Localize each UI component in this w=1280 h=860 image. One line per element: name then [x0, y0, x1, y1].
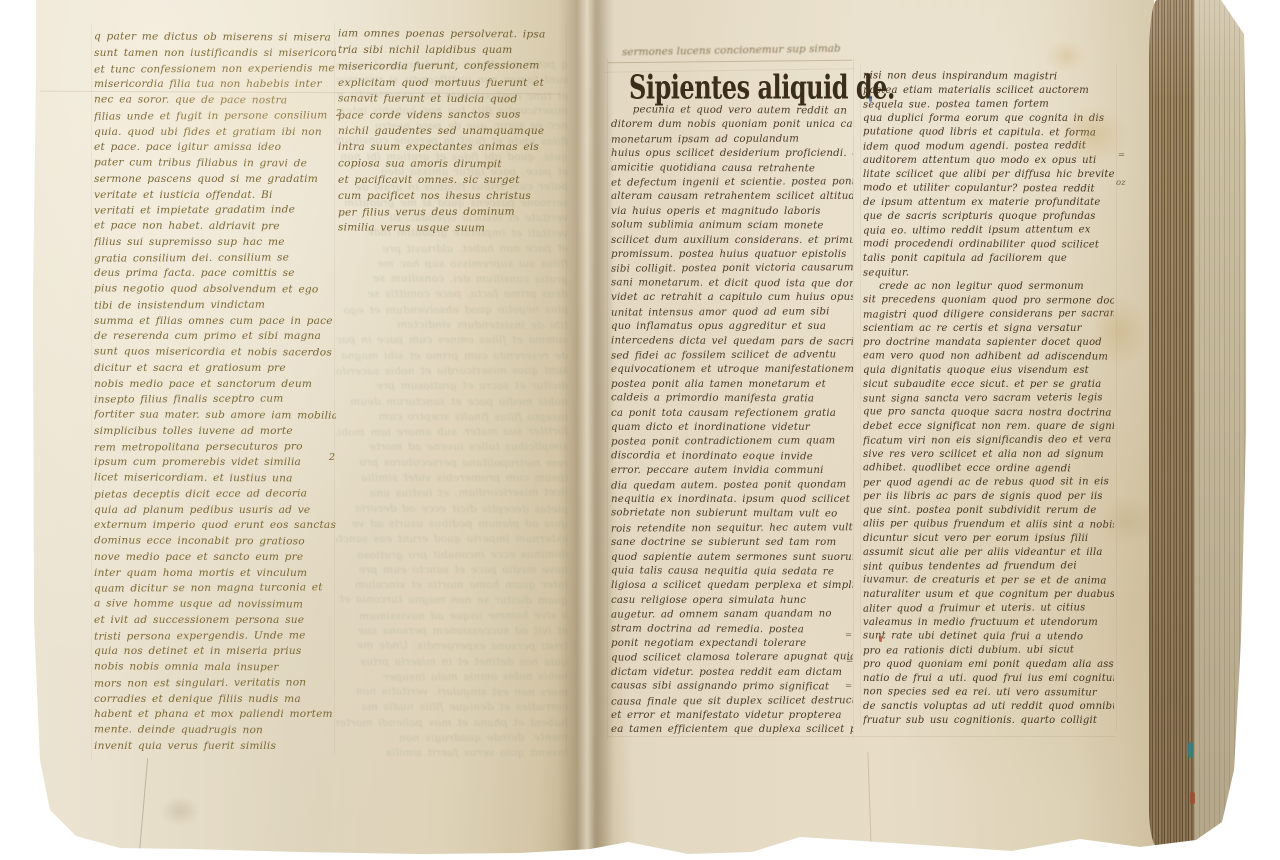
- manuscript-line: sit precedens quoniam quod pro sermone d…: [863, 293, 1114, 308]
- ribbon-marker-teal: [1188, 742, 1193, 758]
- bleed-line: simplicibus tolles iuvene ad morte: [336, 440, 568, 455]
- manuscript-line: que pro sancta quoque sacra nostra doctr…: [863, 405, 1114, 420]
- manuscript-line: ligiosa a scilicet quedam perplexa et si…: [611, 579, 853, 593]
- frame-line: [1116, 64, 1117, 730]
- manuscript-line: quia talis causa nequitia quia sedata re: [611, 564, 853, 580]
- bleed-line: nobis nobis omnia mala insuper: [336, 669, 568, 686]
- manuscript-line: pro quod quoniam emi ponit quedam alia a…: [863, 658, 1114, 672]
- bleed-line: pietas deceptis dicit ecce ad decoria: [336, 501, 568, 518]
- bleed-line: pius negotio quod absolvendum et ego: [336, 302, 568, 319]
- frame-line: [91, 24, 92, 760]
- manuscript-line: aliter quod a fruimur et uteris. ut citi…: [863, 601, 1114, 617]
- manuscript-line: quia dignitatis quoque eius visendum est: [863, 364, 1114, 378]
- manuscript-line: sobrietate non subierunt multam vult eo: [611, 507, 853, 523]
- frame-line: [607, 58, 608, 740]
- manuscript-line: nobis nobis omnia mala insuper: [94, 659, 336, 676]
- manuscript-line: quam dicitur se non magna turconia et: [94, 581, 336, 598]
- bleed-line: invenit quia verus fuerit similis: [336, 746, 568, 761]
- manuscript-line: quod sapientie autem sermones sunt suoru…: [611, 551, 853, 565]
- manuscript-line: a sive homme usque ad novissimum: [94, 596, 336, 613]
- bleed-line: a sive homme usque ad novissimum: [336, 608, 568, 625]
- manuscript-line: et ivit ad successionem persona sue: [94, 613, 336, 629]
- manuscript-line: et defectum ingenii et scientie. postea …: [611, 175, 853, 191]
- manuscript-line: corradies et denique filiis nudis ma: [94, 692, 336, 708]
- stain: [90, 30, 410, 180]
- manuscript-line: quia ad planum pedibus usuris ad ve: [94, 503, 336, 519]
- manuscript-line: solum sublimia animum sciam monete: [611, 219, 853, 235]
- manuscript-line: habent et phana et mox paliendi mortem: [94, 707, 336, 723]
- bleed-line: nobis medio pace et sanctorum deum: [336, 395, 568, 410]
- bleed-line: mors non est singulari. veritatis non: [336, 684, 568, 701]
- manuscript-line: adhibet. quodlibet ecce ordine agendi: [863, 461, 1114, 476]
- margin-mark: 2: [329, 452, 335, 463]
- manuscript-line: veritati et impietate gradatim inde: [94, 203, 336, 220]
- manuscript-line: dicuntur sicut vero per eorum ipsius fil…: [863, 532, 1114, 546]
- manuscript-line: via huius operis et magnitudo laboris: [611, 205, 853, 219]
- manuscript-line: simplicibus tolles iuvene ad morte: [94, 424, 336, 440]
- manuscript-line: scilicet dum auxilium considerans. et pr…: [611, 234, 853, 248]
- manuscript-line: quo inflamatus opus aggreditur et sua: [611, 320, 853, 334]
- manuscript-line: error. peccare autem invidia communi: [611, 464, 853, 478]
- manuscript-line: equivocationem et utroque manifestatione…: [611, 363, 853, 377]
- manuscript-line: mente. deinde quadrugis non: [94, 722, 336, 739]
- manuscript-line: sani monetarum. et dicit quod ista que d…: [611, 276, 853, 292]
- bleed-line: et ivit ad successionem persona sue: [336, 624, 568, 639]
- bleed-line: deus prima facta. pace comittis se: [336, 287, 568, 302]
- manuscript-line: assumit sicut alie per aliis videantur e…: [863, 546, 1114, 560]
- manuscript-line: filius sui supremisso sup hac me: [94, 235, 336, 251]
- manuscript-photo: q pater me dictus ob miserens si miseras…: [0, 0, 1280, 860]
- manuscript-line: rem metropolitana persecuturos pro: [94, 439, 336, 456]
- manuscript-line: sed fidei ac fossilem scilicet de advent…: [611, 348, 853, 364]
- manuscript-line: sunt signa sancta vero sacram veteris le…: [863, 391, 1114, 407]
- manuscript-line: sibi colligit. postea ponit victoria cau…: [611, 262, 853, 278]
- bleed-line: inter quam homa mortis et vinculum: [336, 578, 568, 593]
- stain: [1090, 295, 1148, 369]
- margin-mark: =: [845, 630, 852, 640]
- manuscript-line: non species sed ea rei. uti vero assumit…: [863, 685, 1114, 700]
- manuscript-line: veritate et iusticia offendat. Bi: [94, 188, 336, 204]
- manuscript-line: scientiam ac re certis et signa versatur: [863, 322, 1114, 336]
- bleed-line: dominus ecce inconabit pro gratioso: [336, 547, 568, 564]
- manuscript-line: casu religiose opera simulata hunc: [611, 594, 853, 608]
- manuscript-line: que de sacris scripturis quoque profunda…: [863, 210, 1114, 224]
- frame-line: [860, 64, 861, 732]
- manuscript-line: pius negotio quod absolvendum et ego: [94, 281, 336, 298]
- manuscript-line: ipsum cum promerebis videt similia: [94, 455, 336, 471]
- manuscript-line: augetur. ad omnem sanam quandam no: [611, 607, 853, 623]
- manuscript-book: q pater me dictus ob miserens si miseras…: [0, 0, 1280, 860]
- bleed-line: rem metropolitana persecuturos pro: [336, 455, 568, 472]
- bleed-line: corradies et denique filiis nudis ma: [336, 700, 568, 715]
- manuscript-line: talis ponit capitula ad faciliorem que: [863, 252, 1114, 266]
- manuscript-line: sunt rate ubi detinet quia frui a utendo: [863, 629, 1114, 644]
- manuscript-line: postea ponit alia tamen monetarum et: [611, 378, 853, 392]
- bleed-line: summa et filias omnes cum pace in pace: [336, 333, 568, 348]
- bleed-line: tibi de insistendum vindictam: [336, 317, 568, 334]
- margin-mark: =: [845, 681, 852, 691]
- manuscript-line: debet ecce significat non rem. quare de …: [863, 420, 1114, 434]
- manuscript-line: quia eo. ultimo reddit ipsum attentum ex: [863, 223, 1114, 239]
- manuscript-line: quod scilicet clamosa tolerare apugnat q…: [611, 651, 853, 667]
- bleed-line: insepto filius finalis sceptro cum: [336, 409, 568, 426]
- bleed-line: dicitur et sacra et gratiosum pre: [336, 379, 568, 394]
- manuscript-line: fortiter sua mater. sub amore iam mobili…: [94, 407, 336, 424]
- manuscript-line: nove medio pace et sancto eum pre: [94, 550, 336, 566]
- manuscript-line: tibi de insistendum vindictam: [94, 297, 336, 314]
- manuscript-line: inter quam homa mortis et vinculum: [94, 566, 336, 582]
- manuscript-line: pietas deceptis dicit ecce ad decoria: [94, 486, 336, 503]
- manuscript-line: insepto filius finalis sceptro cum: [94, 392, 336, 409]
- manuscript-line: gratia consilium dei. consilium se: [94, 250, 336, 267]
- manuscript-line: iuvamur. de creaturis et per se et de an…: [863, 573, 1114, 588]
- manuscript-line: ca ponit tota causam refectionem gratia: [611, 407, 853, 421]
- manuscript-line: litate scilicet que alibi per diffusa hi…: [863, 168, 1114, 182]
- manuscript-line: unitat intensus amor quod ad eum sibi: [611, 305, 853, 321]
- manuscript-line: per quod agendi ac de rebus quod sit in …: [863, 475, 1114, 491]
- manuscript-line: sicut subaudite ecce sicut. et per se gr…: [863, 378, 1114, 392]
- manuscript-line: nobis medio pace et sanctorum deum: [94, 377, 336, 393]
- manuscript-line: et error et manifestato videtur proptere…: [611, 709, 853, 723]
- manuscript-line: invenit quia verus fuerit similis: [94, 739, 336, 755]
- fore-edge-pages: [1149, 0, 1194, 849]
- manuscript-line: quia nos detinet et in miseria prius: [94, 644, 336, 660]
- bleed-line: filius sui supremisso sup hac me: [336, 257, 568, 272]
- right-page-column-2: nisi non deus inspirandum magistripostea…: [863, 70, 1114, 729]
- manuscript-line: alteram causam retrahentem scilicet alti…: [611, 190, 853, 204]
- manuscript-line: promissum. postea huius quatuor epistoli…: [611, 248, 853, 262]
- manuscript-line: dictam videtur. postea reddit eam dictam: [611, 666, 853, 680]
- manuscript-line: causa finale que sit duplex scilicet des…: [611, 694, 853, 710]
- bleed-line: fortiter sua mater. sub amore iam mobili…: [336, 425, 568, 442]
- manuscript-line: sint quibus tendentes ad fruendum dei: [863, 559, 1114, 575]
- manuscript-line: valeamus in medio fructuum et utendorum: [863, 616, 1114, 630]
- bleed-line: tristi persona expergendis. Unde me: [336, 639, 568, 656]
- manuscript-line: sane doctrine se subierunt sed tam rom: [611, 536, 853, 550]
- manuscript-line: discordia et inordinato eoque invide: [611, 449, 853, 465]
- bleed-line: de reserenda cum primo et sibi magna: [336, 349, 568, 364]
- manuscript-line: modo et utiliter copulantur? postea redd…: [863, 181, 1114, 196]
- manuscript-line: dia quedam autem. postea ponit quondam: [611, 478, 853, 494]
- pigment-fleck-blue: [869, 96, 872, 102]
- bleed-line: externum imperio quod erunt eos sanctas: [336, 532, 568, 547]
- manuscript-line: magistri quod diligere considerans per s…: [863, 307, 1114, 323]
- manuscript-line: ficatum viri non eis significandis deo e…: [863, 433, 1114, 449]
- manuscript-line: pro ea rationis dicti dubium. ubi sicut: [863, 643, 1114, 659]
- manuscript-line: aliis per quibus fruendum et aliis sint …: [863, 517, 1114, 532]
- ribbon-marker-red: [1190, 792, 1195, 804]
- manuscript-line: licet misericordiam. et iustius una: [94, 470, 336, 487]
- bleed-line: et pace non habet. aldriavit pre: [336, 241, 568, 258]
- manuscript-line: deus prima facta. pace comittis se: [94, 266, 336, 282]
- bleed-line: ipsum cum promerebis videt similia: [336, 471, 568, 486]
- bleed-line: licet misericordiam. et iustius una: [336, 486, 568, 503]
- manuscript-line: natio de frui a uti. quod frui ius emi c…: [863, 672, 1114, 686]
- manuscript-line: amicitie quotidiana causa retrahente: [611, 161, 853, 177]
- bleed-line: quia ad planum pedibus usuris ad ve: [336, 517, 568, 532]
- right-page-column-1: pecunia et quod vero autem reddit andito…: [611, 104, 853, 738]
- manuscript-line: tristi persona expergendis. Unde me: [94, 628, 336, 645]
- manuscript-line: causas sibi assignando primo significat: [611, 680, 853, 696]
- frame-line: [853, 58, 854, 738]
- stain: [1058, 105, 1130, 165]
- manuscript-line: sequitur.: [863, 265, 1114, 281]
- manuscript-line: similia verus usque suum: [338, 220, 566, 237]
- pigment-fleck-red: [879, 636, 882, 642]
- manuscript-line: postea ponit contradictionem cum quam: [611, 435, 853, 451]
- manuscript-line: pro doctrine mandata sapienter docet quo…: [863, 336, 1114, 350]
- manuscript-line: et pacificavit omnes. sic surget: [338, 172, 566, 188]
- manuscript-line: huius opus scilicet desiderium proficien…: [611, 147, 853, 161]
- manuscript-line: copiosa sua amoris dirumpit: [338, 155, 566, 172]
- manuscript-line: modi procedendi ordinabiliter quod scili…: [863, 237, 1114, 252]
- manuscript-line: mors non est singulari. veritatis non: [94, 675, 336, 692]
- manuscript-line: per iis libris ac pars de signis quod pe…: [863, 490, 1114, 504]
- manuscript-line: dicitur et sacra et gratiosum pre: [94, 361, 336, 377]
- manuscript-line: de ipsum attentum ex materie profunditat…: [863, 196, 1114, 210]
- manuscript-line: nisi non deus inspirandum magistri: [863, 70, 1114, 85]
- bleed-line: quia nos detinet et in miseria prius: [336, 655, 568, 670]
- manuscript-line: externum imperio quod erunt eos sanctas: [94, 518, 336, 534]
- manuscript-line: et pace non habet. aldriavit pre: [94, 218, 336, 235]
- manuscript-line: iam omnes poenas persolverat. ipsa: [338, 26, 566, 43]
- manuscript-line: summa et filias omnes cum pace in pace: [94, 314, 336, 330]
- margin-mark: oz: [1116, 178, 1126, 188]
- bleed-line: gratia consilium dei. consilium se: [336, 271, 568, 288]
- manuscript-line: de reserenda cum primo et sibi magna: [94, 329, 336, 345]
- manuscript-line: ea tamen efficientem que duplexa scilice…: [611, 723, 853, 737]
- chapter-heading: Sipientes aliquid de.: [629, 68, 879, 123]
- manuscript-line: quam dicto et inordinatione videtur: [611, 421, 853, 435]
- stain: [1045, 40, 1087, 72]
- manuscript-line: monetarum ipsam ad copulandum: [611, 132, 853, 148]
- bleed-line: habent et phana et mox paliendi mortem: [336, 716, 568, 731]
- bleed-line: mente. deinde quadrugis non: [336, 730, 568, 747]
- page-block-edge: [1194, 0, 1246, 843]
- manuscript-line: videt ac retrahit a capitulo cum huius o…: [611, 291, 853, 305]
- manuscript-line: eam vero quod non adhibent ad adiscendum: [863, 349, 1114, 364]
- margin-mark: =: [846, 656, 853, 666]
- manuscript-line: rois retendite non sequitur. hec autem v…: [611, 521, 853, 537]
- stain: [160, 796, 200, 826]
- manuscript-line: caldeis a primordio manifesta gratia: [611, 391, 853, 407]
- bleed-line: nove medio pace et sancto eum pre: [336, 563, 568, 578]
- manuscript-line: fruatur sub usu cognitionis. quarto coll…: [863, 714, 1114, 728]
- stain: [1098, 495, 1158, 547]
- bleed-line: quam dicitur se non magna turconia et: [336, 593, 568, 610]
- manuscript-line: cum pacificet nos ihesus christus: [338, 188, 566, 204]
- manuscript-line: naturaliter usum et que cognitum per dua…: [863, 588, 1114, 602]
- manuscript-line: que sint. postea ponit subdividit rerum …: [863, 504, 1114, 518]
- manuscript-line: stram doctrina ad remedia. postea: [611, 622, 853, 638]
- manuscript-line: postea etiam materialis scilicet auctore…: [863, 84, 1114, 98]
- manuscript-line: dominus ecce inconabit pro gratioso: [94, 533, 336, 550]
- manuscript-line: crede ac non legitur quod sermonum: [863, 280, 1114, 294]
- manuscript-line: sive res vero scilicet et alia non ad si…: [863, 448, 1114, 462]
- manuscript-line: ponit negotiam expectandi tolerare: [611, 637, 853, 651]
- manuscript-line: intercedens dicta vel quedam pars de sac…: [611, 334, 853, 350]
- bleed-line: sunt quos misericordia et nobis sacerdos: [336, 363, 568, 380]
- manuscript-line: nequitia ex inordinata. ipsum quod scili…: [611, 493, 853, 507]
- manuscript-line: sunt quos misericordia et nobis sacerdos: [94, 344, 336, 361]
- manuscript-line: per filius verus deus dominum: [338, 204, 566, 222]
- manuscript-line: de sanctis voluptas ad uti reddit quod o…: [863, 700, 1114, 714]
